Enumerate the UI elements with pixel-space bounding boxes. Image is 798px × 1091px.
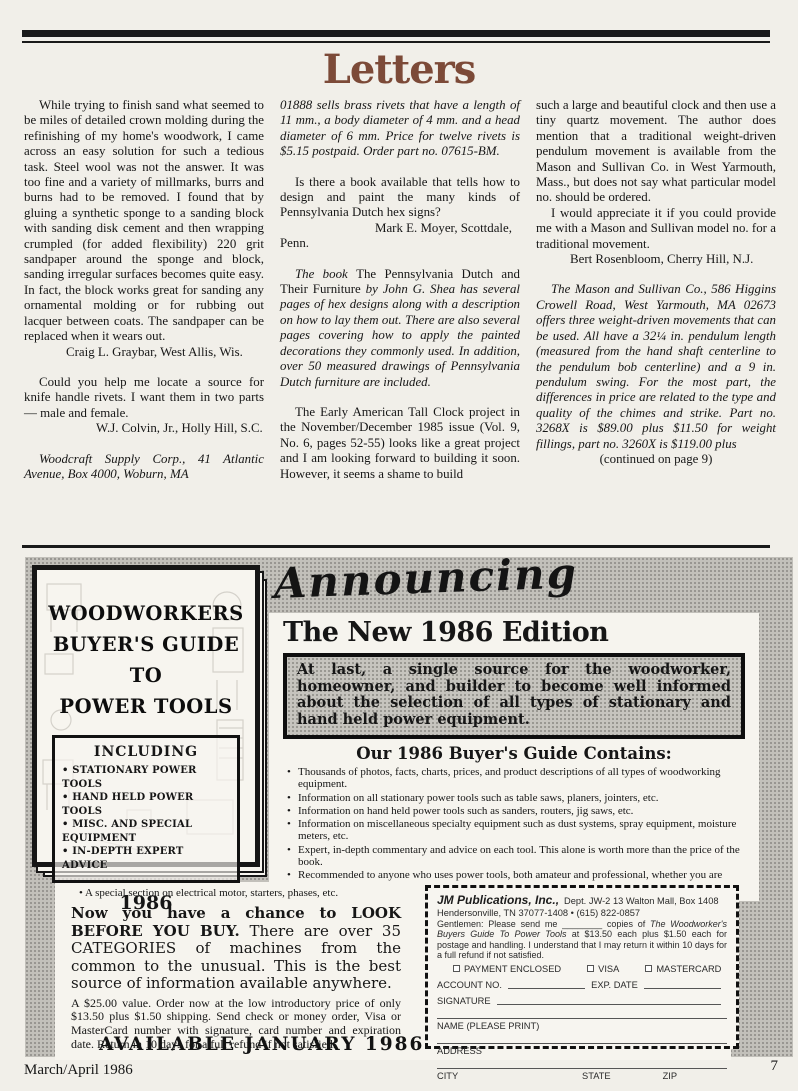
page-number: 7 [771,1058,779,1075]
letter-tall-clock-body-part2: such a large and beautiful clock and the… [536,98,776,206]
letters-column-2: 01888 sells brass rivets that have a len… [280,98,520,482]
signature-row: SIGNATURE [437,995,727,1006]
masthead-rule-thick [22,30,770,37]
zip-label: ZIP [663,1071,727,1081]
city-label: CITY [437,1071,582,1081]
account-number-label: ACCOUNT NO. [437,980,502,990]
masthead-rule-thin [22,41,770,43]
book-including-box: INCLUDING STATIONARY POWER TOOLS HAND HE… [52,735,240,883]
ad-main-panel: The New 1986 Edition At last, a single s… [269,613,759,901]
order-form-header: JM Publications, Inc., Dept. JW-2 13 Wal… [437,893,727,907]
letter-tall-clock-body-part1: The Early American Tall Clock project in… [280,405,520,482]
mastercard-checkbox [645,965,652,972]
sales-pitch: Now you have a chance to LOOK BEFORE YOU… [71,905,401,993]
name-row: NAME (PLEASE PRINT) [437,1018,727,1031]
state-label: STATE [582,1071,663,1081]
visa-checkbox [587,965,594,972]
signature-blank [497,995,721,1005]
letter-tall-clock-signature: Bert Rosenbloom, Cherry Hill, N.J. [536,252,776,267]
letter-rivets-signature: W.J. Colvin, Jr., Holly Hill, S.C. [24,421,264,436]
order-form: JM Publications, Inc., Dept. JW-2 13 Wal… [425,885,739,1049]
payment-enclosed-label: PAYMENT ENCLOSED [464,964,561,974]
account-row: ACCOUNT NO. EXP. DATE [437,979,727,990]
book-including-item: IN-DEPTH EXPERT ADVICE [62,845,230,872]
book-including-item: HAND HELD POWER TOOLS [62,791,230,818]
order-instructions: Gentlemen: Please send me ________ copie… [437,919,727,961]
signature-label: SIGNATURE [437,996,491,1006]
book-title: WOODWORKERS BUYER'S GUIDE TO POWER TOOLS [37,598,255,722]
book-including-list: STATIONARY POWER TOOLS HAND HELD POWER T… [62,764,230,872]
book-title-line-3: TO [37,660,255,691]
account-number-blank [508,979,585,989]
at-last-callout-box: At last, a single source for the woodwor… [283,653,745,739]
guide-contents-item: Information on all stationary power tool… [283,792,745,804]
page-title: Letters [0,46,798,93]
availability-banner: AVAILABLE JANUARY 1986 [99,1034,424,1055]
letter-rivets-body: Could you help me locate a source for kn… [24,375,264,421]
letter-hex-signs-body: Is there a book available that tells how… [280,175,520,221]
exp-date-label: EXP. DATE [591,980,638,990]
editor-reply-hex-signs: The book The Pennsylvania Dutch and Thei… [280,267,520,390]
publisher-dept: Dept. JW-2 13 Walton Mall, Box 1408 [564,896,719,906]
continued-note: (continued on page 9) [536,452,776,467]
guide-contents-item: Information on hand held power tools suc… [283,805,745,817]
announcing-script-heading: Announcing [273,548,579,608]
payment-options-row: PAYMENT ENCLOSED VISA MASTERCARD [437,964,727,974]
publisher-name: JM Publications, Inc., [437,893,559,907]
letter-sanding-signature: Craig L. Graybar, West Allis, Wis. [24,345,264,360]
letter-hex-signs-signature: Mark E. Moyer, Scottdale, Penn. [280,221,520,252]
editor-reply-rivets-part1: Woodcraft Supply Corp., 41 Atlantic Aven… [24,452,264,483]
payment-enclosed-checkbox [453,965,460,972]
buyers-guide-advertisement: WOODWORKERS BUYER'S GUIDE TO POWER TOOLS… [25,557,793,1057]
book-title-line-1: WOODWORKERS [37,598,255,629]
editor-reply-rivets-part2: 01888 sells brass rivets that have a len… [280,98,520,160]
letters-column-3: such a large and beautiful clock and the… [536,98,776,482]
exp-date-blank [644,979,721,989]
book-including-item: STATIONARY POWER TOOLS [62,764,230,791]
city-state-zip-row: CITY STATE ZIP [437,1068,727,1081]
edition-title: The New 1986 Edition [283,618,745,648]
issue-date: March/April 1986 [24,1062,133,1079]
book-cover: WOODWORKERS BUYER'S GUIDE TO POWER TOOLS… [32,565,260,867]
book-title-line-4: POWER TOOLS [37,691,255,722]
letters-column-1: While trying to finish sand what seemed … [24,98,264,482]
visa-option: VISA [587,964,619,974]
guide-contents-item: Expert, in-depth commentary and advice o… [283,844,745,869]
book-including-item: MISC. AND SPECIAL EQUIPMENT [62,818,230,845]
contains-heading: Our 1986 Buyer's Guide Contains: [283,744,745,763]
payment-enclosed-option: PAYMENT ENCLOSED [453,964,561,974]
letters-columns: While trying to finish sand what seemed … [24,98,776,482]
book-year: 1986 [37,892,255,914]
letter-tall-clock-request: I would appreciate it if you could provi… [536,206,776,252]
guide-contents-list: Thousands of photos, facts, charts, pric… [283,766,745,894]
guide-contents-item: Information on miscellaneous specialty e… [283,818,745,843]
name-label: NAME (PLEASE PRINT) [437,1021,539,1031]
book-including-heading: INCLUDING [62,744,230,760]
mastercard-label: MASTERCARD [656,964,721,974]
guide-contents-item: Thousands of photos, facts, charts, pric… [283,766,745,791]
book-title-line-2: BUYER'S GUIDE [37,629,255,660]
editor-reply-tall-clock: The Mason and Sullivan Co., 586 Higgins … [536,282,776,451]
section-divider-rule [22,545,770,548]
address-label: ADDRESS [437,1046,482,1056]
letter-sanding-body: While trying to finish sand what seemed … [24,98,264,345]
mastercard-option: MASTERCARD [645,964,721,974]
visa-label: VISA [598,964,619,974]
publisher-address: Hendersonville, TN 37077-1408 • (615) 82… [437,908,727,918]
address-row: ADDRESS [437,1043,727,1056]
